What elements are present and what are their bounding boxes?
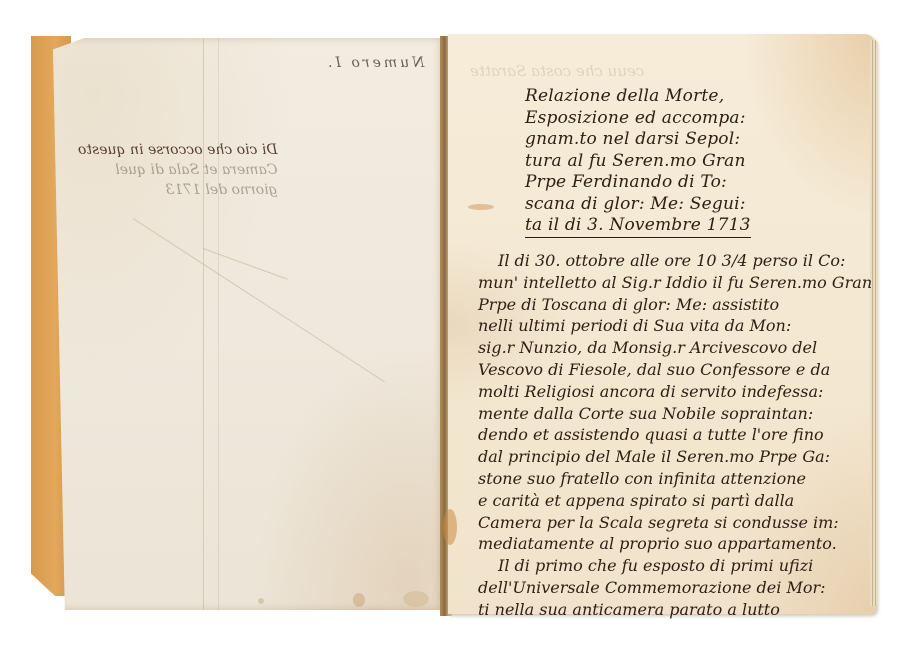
body-line: mun' intelletto al Sig.r Iddio il fu Ser… (478, 272, 872, 294)
title-line: tura al fu Seren.mo Gran (525, 151, 751, 173)
paper-crease (203, 248, 288, 280)
show-through-note: Di cio che occorse in questo Camera et S… (78, 140, 278, 200)
body-line: mente dalla Corte sua Nobile sopraintan: (478, 403, 872, 425)
body-line: dendo et assistendo quasi a tutte l'ore … (478, 424, 872, 446)
manuscript-photo: Numero I. Di cio che occorse in questo C… (0, 0, 900, 645)
foxing-stain (258, 598, 264, 604)
vertical-fold-secondary (218, 38, 219, 610)
title-line: gnam.to nel darsi Sepol: (525, 129, 751, 151)
body-line: mediatamente al proprio suo appartamento… (478, 533, 872, 555)
title-line: Prpe Ferdinando di To: (525, 172, 751, 194)
paper-crease (133, 218, 385, 382)
title-line: scana di glor: Me: Segui: (525, 194, 751, 216)
body-line: sig.r Nunzio, da Monsig.r Arcivescovo de… (478, 337, 872, 359)
body-line: dal principio del Male il Seren.mo Prpe … (478, 446, 872, 468)
body-line: Vescovo di Fiesole, dal suo Confessore e… (478, 359, 872, 381)
note-line: giorno del 1713 (78, 180, 278, 200)
note-line: Di cio che occorse in questo (78, 140, 278, 160)
body-line: Il di primo che fu esposto di primi ufiz… (478, 555, 872, 577)
foxing-stain (353, 593, 365, 607)
note-line: Camera et Sala di quel (78, 160, 278, 180)
body-line: dell'Universale Commemorazione dei Mor: (478, 577, 872, 599)
water-stain (443, 509, 457, 545)
title-line: Esposizione ed accompa: (525, 108, 751, 130)
foxing-stain (403, 591, 429, 607)
body-line: ti nella sua anticamera parato a lutto (478, 599, 872, 621)
title-line: Relazione della Morte, (525, 86, 751, 108)
page-number-label: Numero I. (325, 52, 424, 74)
left-page (53, 38, 446, 610)
title-line-date: ta il di 3. Novembre 1713 (525, 215, 751, 238)
reverse-show-through-text: ceuu che costa Saratte (470, 60, 644, 82)
vertical-fold (203, 38, 204, 610)
body-line: nelli ultimi periodi di Sua vita da Mon: (478, 315, 872, 337)
body-line: Il di 30. ottobre alle ore 10 3/4 perso … (478, 250, 872, 272)
body-line: Camera per la Scala segreta si condusse … (478, 512, 872, 534)
ink-bleed-stain (468, 204, 494, 210)
body-line: Prpe di Toscana di glor: Me: assistito (478, 294, 872, 316)
body-line: molti Religiosi ancora di servito indefe… (478, 381, 872, 403)
manuscript-title: Relazione della Morte, Esposizione ed ac… (525, 86, 751, 238)
manuscript-body: Il di 30. ottobre alle ore 10 3/4 perso … (478, 250, 872, 621)
body-line: e carità et appena spirato si partì dall… (478, 490, 872, 512)
body-line: stone suo fratello con infinita attenzio… (478, 468, 872, 490)
